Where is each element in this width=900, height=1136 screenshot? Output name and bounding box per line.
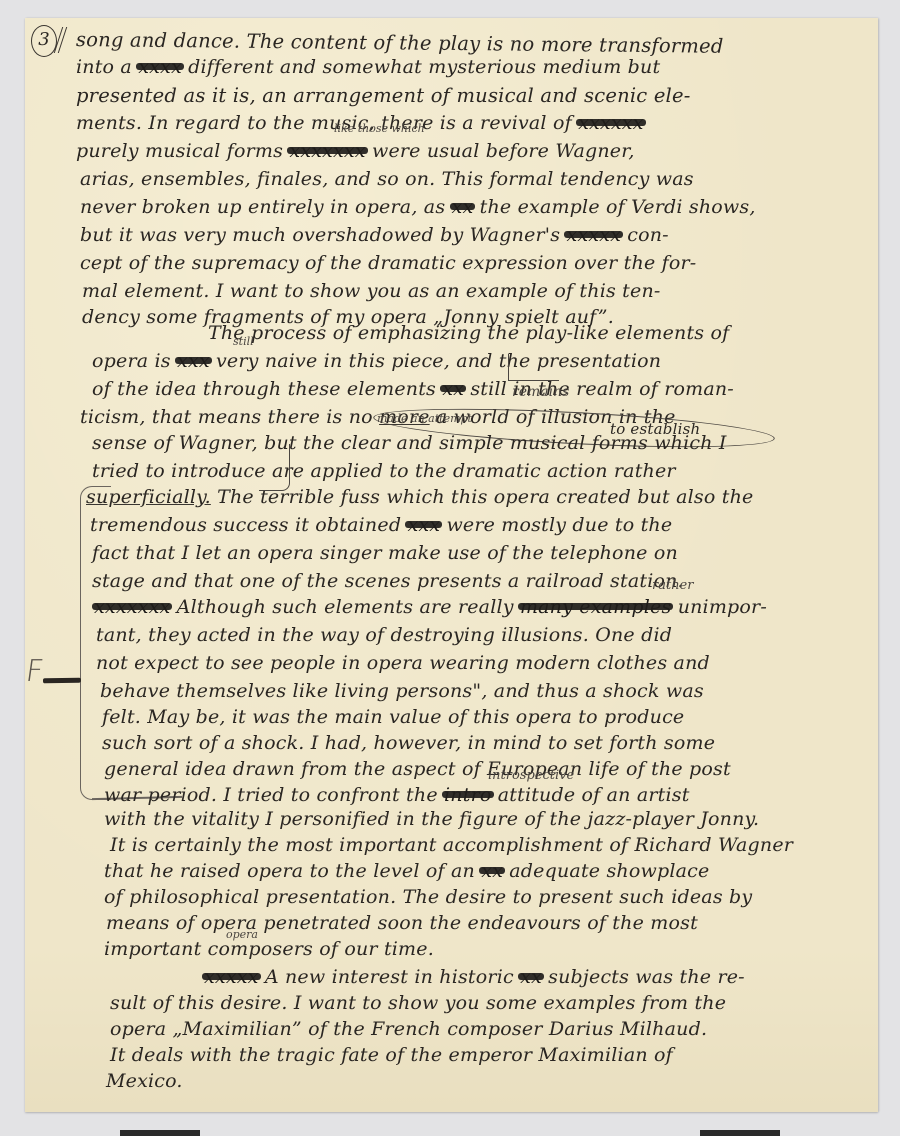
- text-line: The process of emphasizing the play-like…: [208, 322, 729, 344]
- text-line: fact that I let an opera singer make use…: [92, 542, 678, 564]
- struck-word: xxxxxxx: [94, 596, 170, 618]
- text-line: mal element. I want to show you as an ex…: [82, 280, 661, 302]
- text-fragment: opera is: [92, 350, 171, 372]
- text-fragment: The terrible fuss which this opera creat…: [217, 486, 753, 508]
- text-fragment: adequate showplace: [509, 860, 709, 882]
- text-fragment: ticism, that means there is no: [80, 406, 373, 428]
- text-line: cept of the supremacy of the dramatic ex…: [80, 252, 696, 274]
- text-fragment: A new interest in historic: [265, 966, 514, 988]
- text-fragment: tried to introduce: [92, 460, 266, 482]
- struck-word: xx: [442, 378, 464, 400]
- text-line: It is certainly the most important accom…: [110, 834, 793, 856]
- text-fragment: ments. In regard to the music, there is …: [76, 112, 572, 134]
- text-fragment: unimpor-: [678, 596, 767, 618]
- text-line: with the vitality I personified in the f…: [104, 808, 759, 830]
- text-line: felt. May be, it was the main value of t…: [102, 706, 684, 728]
- text-line: general idea drawn from the aspect of Eu…: [104, 758, 731, 780]
- text-line: presented as it is, an arrangement of mu…: [76, 84, 691, 107]
- text-fragment: were usual before Wagner,: [372, 140, 635, 162]
- text-fragment: attitude of an artist: [498, 784, 690, 806]
- text-line: xxxxx A new interest in historic xx subj…: [204, 966, 745, 988]
- struck-word: xxxxx: [566, 224, 621, 246]
- text-fragment: but it was very much overshadowed by Wag…: [80, 224, 560, 246]
- text-line: means of opera penetrated soon the endea…: [106, 912, 698, 934]
- text-line: tant, they acted in the way of destroyin…: [96, 624, 672, 646]
- text-fragment: were mostly due to the: [446, 514, 672, 536]
- text-fragment: still in the realm of roman-: [470, 378, 734, 400]
- text-line: of the idea through these elements xx st…: [92, 378, 734, 400]
- text-fragment: the example of Verdi shows,: [480, 196, 756, 218]
- text-fragment: never broken up entirely in opera, as: [80, 196, 445, 218]
- text-line: into a xxxx different and somewhat myste…: [76, 56, 660, 78]
- struck-word: xx: [452, 196, 474, 218]
- text-line: purely musical forms xxxxxxx were usual …: [76, 140, 635, 162]
- interlinear-insertion: made an attempt: [377, 412, 472, 425]
- struck-word: xx: [520, 966, 542, 988]
- struck-word: many examples: [520, 596, 672, 618]
- text-fragment: of the idea through these elements: [92, 378, 436, 400]
- struck-word: xxxx: [138, 56, 182, 78]
- text-line: tried to introduce are applied to the dr…: [92, 460, 676, 482]
- text-line: behave themselves like living persons", …: [100, 680, 704, 702]
- interlinear-insertion: rather: [652, 578, 693, 593]
- background-clip: [700, 1130, 780, 1136]
- text-line: stage and that one of the scenes present…: [92, 570, 684, 592]
- struck-word: xxx: [177, 350, 210, 372]
- text-line: war period. I tried to confront the intr…: [104, 784, 690, 806]
- struck-word: xxx: [407, 514, 440, 536]
- text-line: not expect to see people in opera wearin…: [96, 652, 710, 674]
- text-fragment: very naive in this piece, and the presen…: [216, 350, 661, 372]
- text-line: of philosophical presentation. The desir…: [104, 886, 752, 908]
- page-number: 3: [38, 29, 49, 50]
- text-line: to establish: [610, 420, 700, 438]
- struck-word: xxxxxx: [578, 112, 644, 134]
- text-line: sult of this desire. I want to show you …: [110, 992, 726, 1014]
- text-line: Mexico.: [106, 1070, 183, 1092]
- text-fragment: composers of our time.: [208, 938, 434, 960]
- margin-dash-mark: [43, 678, 81, 684]
- text-fragment: different and somewhat mysterious medium…: [188, 56, 660, 78]
- interlinear-insertion: like those which: [334, 122, 425, 135]
- struck-word: intro: [444, 784, 491, 806]
- text-line: never broken up entirely in opera, as xx…: [80, 196, 756, 218]
- text-fragment: into a: [76, 56, 132, 78]
- insertion-box-mark: [508, 354, 559, 381]
- text-line: xxxxxxx Although such elements are reall…: [94, 596, 767, 618]
- text-line: opera is xxx very naive in this piece, a…: [92, 350, 661, 372]
- interlinear-insertion: introspective: [488, 768, 574, 783]
- text-fragment: con-: [627, 224, 669, 246]
- text-fragment: important: [104, 938, 201, 960]
- text-line: that he raised opera to the level of an …: [104, 860, 709, 882]
- text-fragment: that he raised opera to the level of an: [104, 860, 475, 882]
- struck-word: xxxxxxx: [289, 140, 365, 162]
- struck-word: xx: [481, 860, 503, 882]
- text-fragment: war period. I tried to confront the: [104, 784, 438, 806]
- text-line: important composers of our time.: [104, 938, 434, 960]
- text-fragment: subjects was the re-: [548, 966, 745, 988]
- text-line: opera „Maximilian” of the French compose…: [110, 1018, 707, 1040]
- text-line: superficially. The terrible fuss which t…: [86, 486, 753, 508]
- struck-word: xxxxx: [204, 966, 259, 988]
- background-clip: [120, 1130, 200, 1136]
- text-fragment: tremendous success it obtained: [90, 514, 401, 536]
- text-line: such sort of a shock. I had, however, in…: [102, 732, 715, 754]
- text-line: arias, ensembles, finales, and so on. Th…: [80, 168, 694, 190]
- text-line: but it was very much overshadowed by Wag…: [80, 224, 669, 246]
- text-line: It deals with the tragic fate of the emp…: [110, 1044, 673, 1066]
- text-line: tremendous success it obtained xxx were …: [90, 514, 672, 536]
- text-fragment: purely musical forms: [76, 140, 283, 162]
- interlinear-insertion: still: [233, 335, 254, 348]
- interlinear-insertion: remains: [512, 384, 569, 400]
- text-fragment: are applied to the dramatic action rathe…: [272, 460, 676, 482]
- text-fragment: Although such elements are really: [177, 596, 514, 618]
- insertion-bracket-mark: [259, 444, 290, 491]
